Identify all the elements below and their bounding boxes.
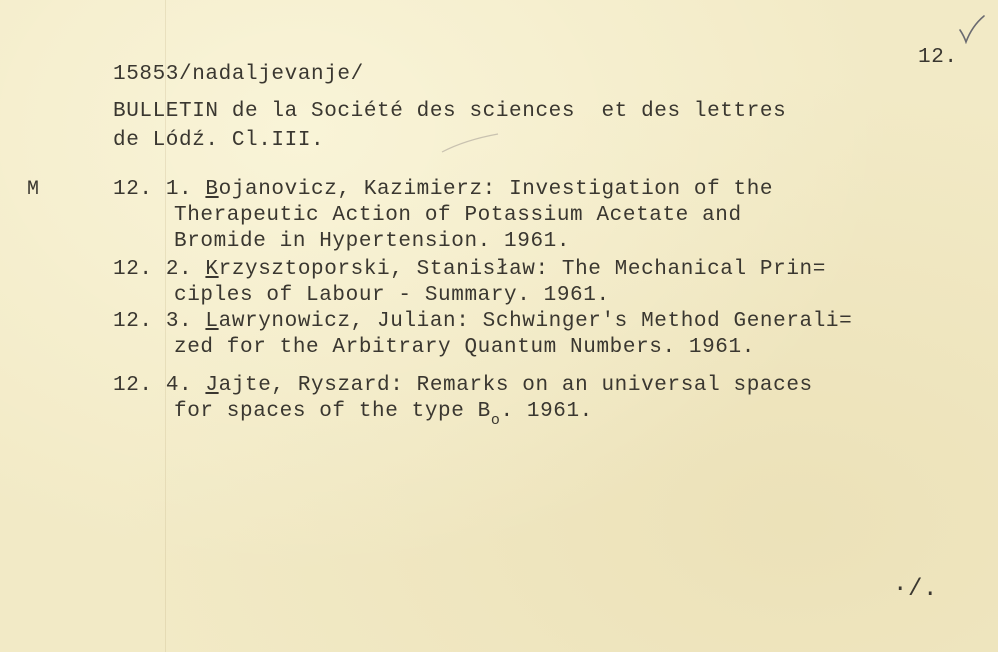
checkmark-icon: [958, 14, 986, 44]
page-number: 12.: [918, 45, 958, 71]
entry-text: for spaces of the type B: [174, 400, 491, 423]
continuation-mark: ·/.: [893, 577, 938, 603]
entry-author-initial: L: [205, 310, 218, 333]
entry-3: 12. 3. Lawrynowicz, Julian: Schwinger's …: [113, 309, 852, 361]
entry-text: Therapeutic Action of Potassium Acetate …: [113, 203, 773, 229]
entry-text: ciples of Labour - Summary. 1961.: [113, 283, 826, 309]
entry-text: ojanovicz, Kazimierz: Investigation of t…: [219, 178, 774, 201]
entry-text: rzysztoporski, Stanisław: The Mechanical…: [219, 258, 826, 281]
entry-author-initial: K: [205, 258, 218, 281]
catalog-card: 15853/nadaljevanje/ 12. BULLETIN de la S…: [0, 0, 998, 652]
entry-text: . 1961.: [500, 400, 592, 423]
entry-author-initial: B: [205, 178, 218, 201]
margin-mark: M: [27, 177, 40, 203]
entry-number: 1.: [166, 178, 192, 201]
entry-4: 12. 4. Jajte, Ryszard: Remarks on an uni…: [113, 373, 813, 426]
entry-text: ajte, Ryszard: Remarks on an universal s…: [219, 374, 813, 397]
entry-number: 3.: [166, 310, 192, 333]
reference-number: 15853/nadaljevanje/: [113, 62, 364, 88]
pencil-stray-mark: [440, 130, 500, 155]
subscript: o: [491, 412, 501, 429]
entry-2: 12. 2. Krzysztoporski, Stanisław: The Me…: [113, 257, 826, 309]
entry-1: 12. 1. Bojanovicz, Kazimierz: Investigat…: [113, 177, 773, 255]
entry-text: Bromide in Hypertension. 1961.: [113, 229, 773, 255]
entry-author-initial: J: [205, 374, 218, 397]
entry-volume: 12.: [113, 310, 153, 333]
entry-number: 2.: [166, 258, 192, 281]
journal-title-line-1: BULLETIN de la Société des sciences et d…: [113, 99, 786, 125]
entry-volume: 12.: [113, 258, 153, 281]
entry-volume: 12.: [113, 178, 153, 201]
entry-text: zed for the Arbitrary Quantum Numbers. 1…: [113, 335, 852, 361]
entry-volume: 12.: [113, 374, 153, 397]
entry-number: 4.: [166, 374, 192, 397]
journal-title-line-2: de Lódź. Cl.III.: [113, 128, 324, 154]
entry-text: awrynowicz, Julian: Schwinger's Method G…: [219, 310, 853, 333]
